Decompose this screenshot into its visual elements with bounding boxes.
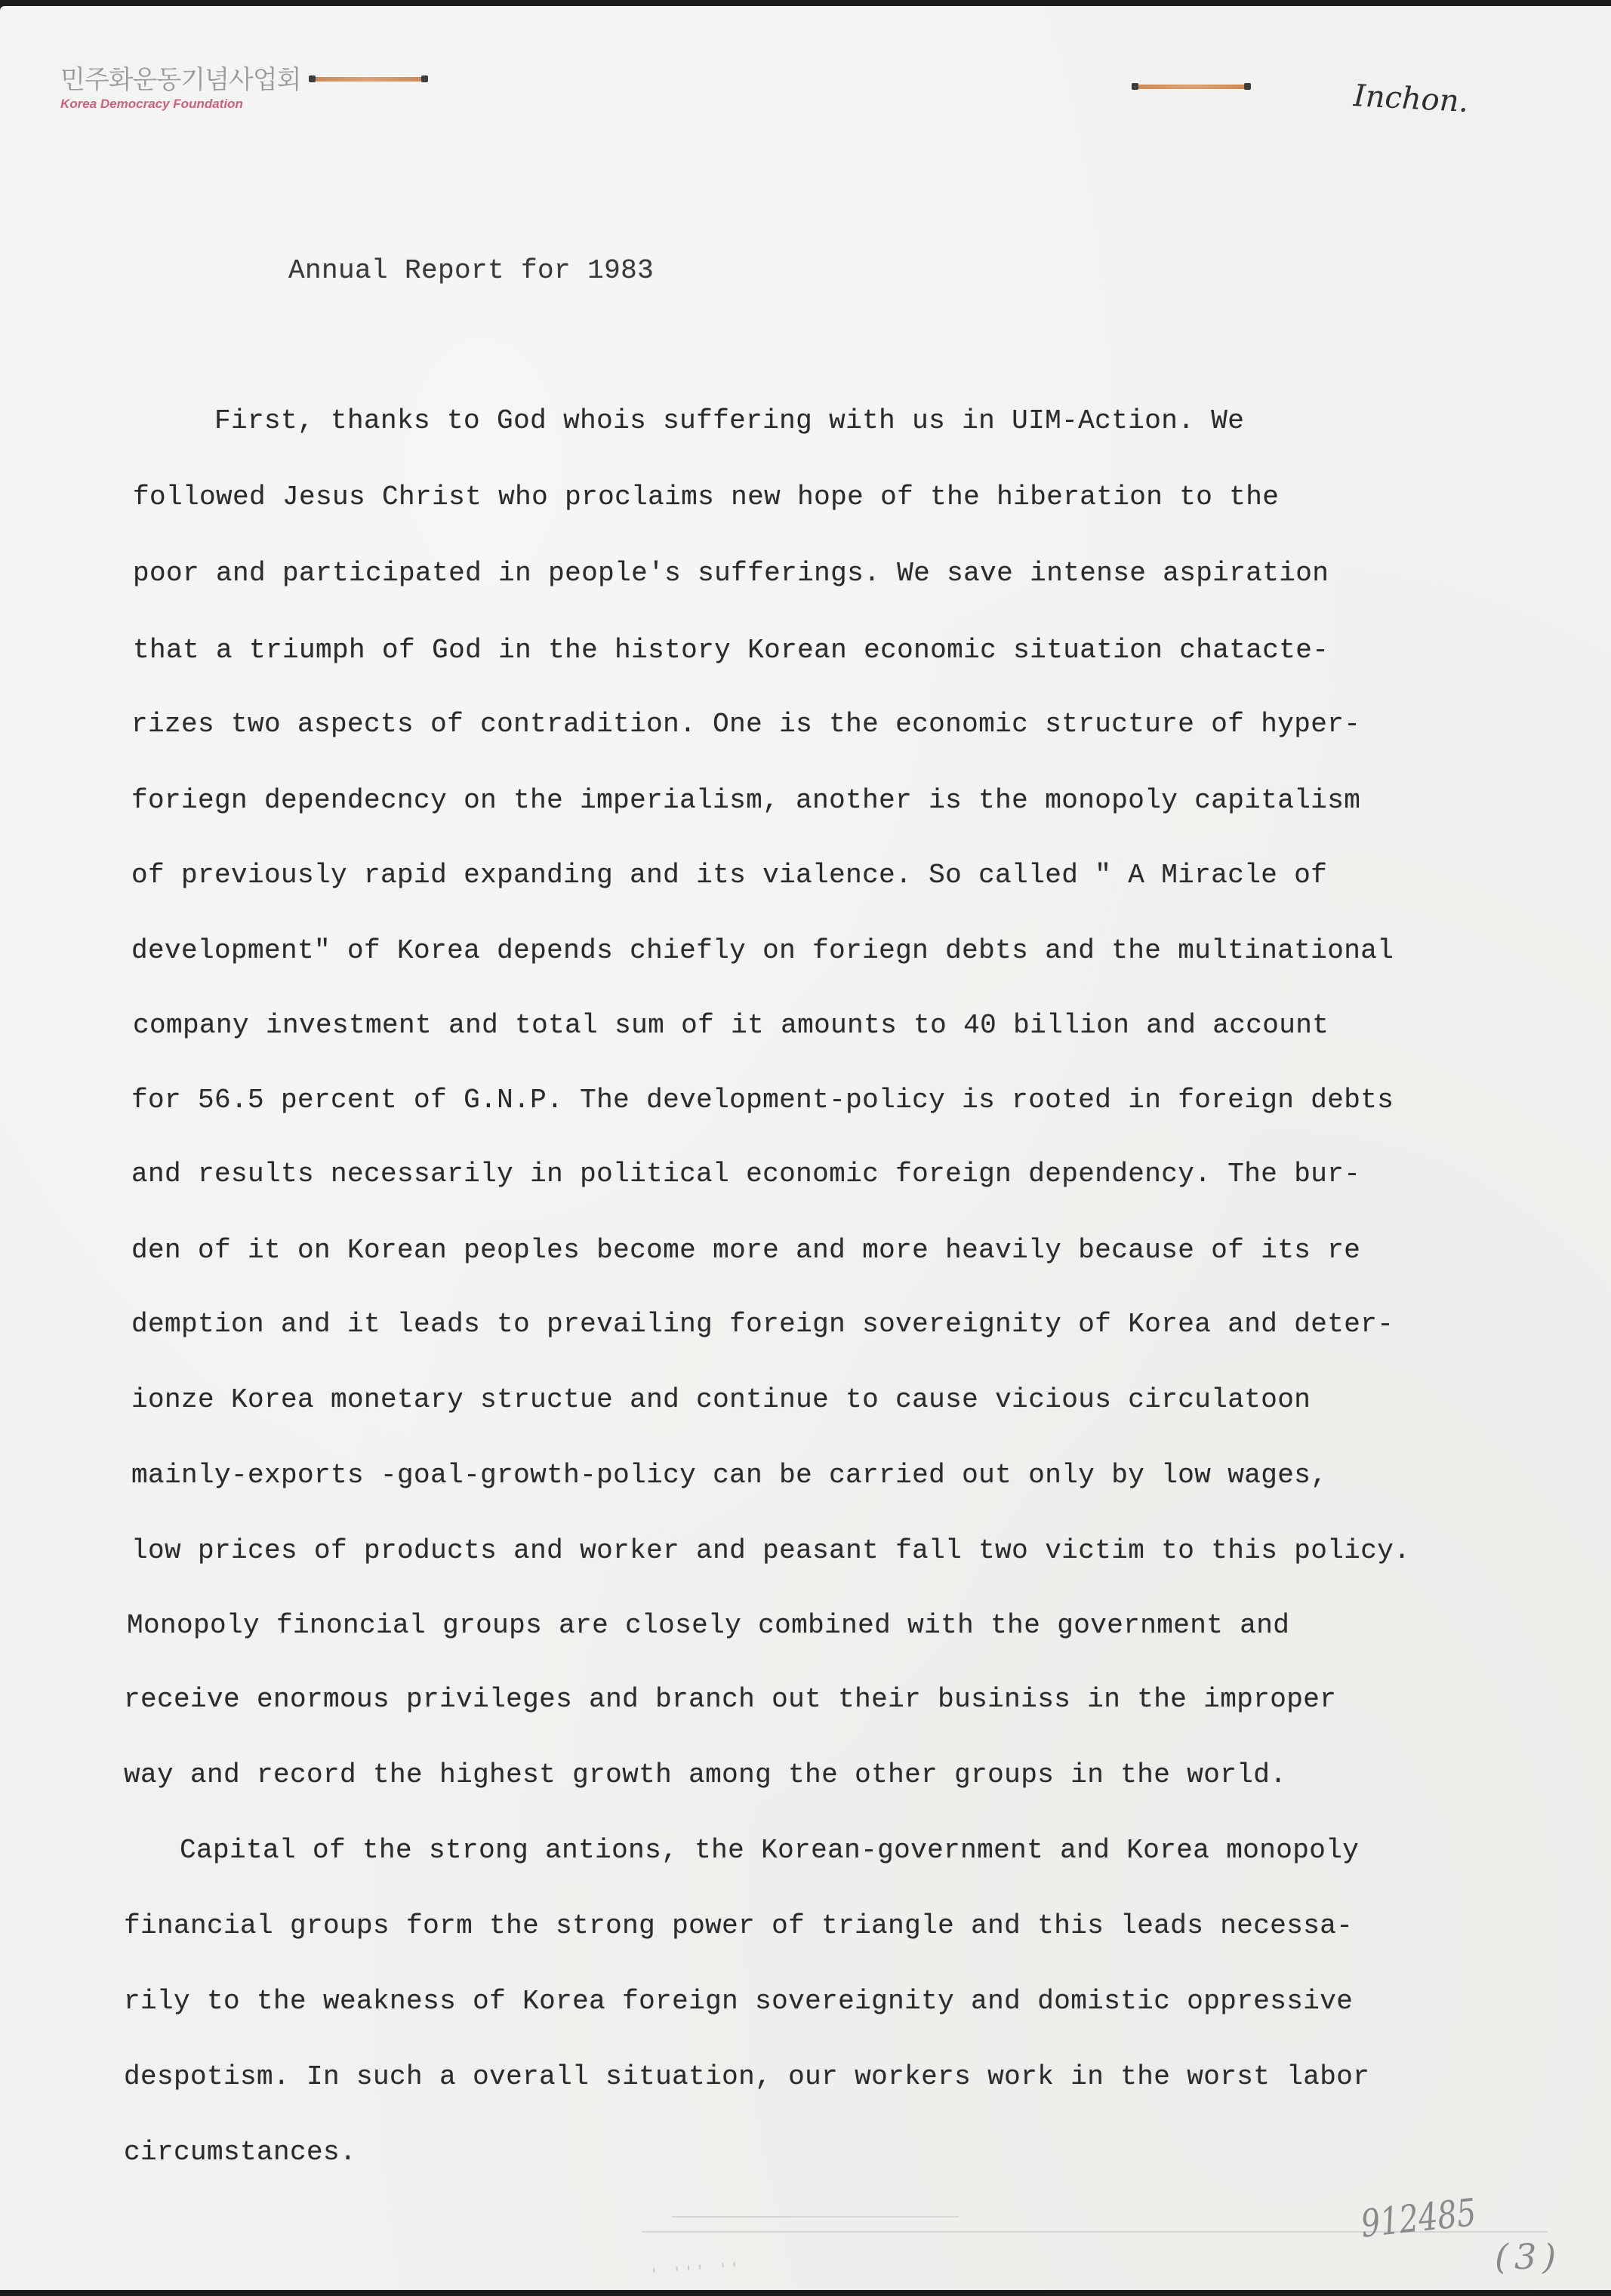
logo-english-text: Korea Democracy Foundation	[60, 97, 300, 112]
body-line-24: circumstances.	[124, 2136, 356, 2169]
body-line-8: development" of Korea depends chiefly on…	[131, 934, 1394, 968]
body-line-23: despotism. In such a overall situation, …	[124, 2061, 1369, 2094]
body-line-19: way and record the highest growth among …	[124, 1759, 1286, 1792]
body-line-6: foriegn dependecncy on the imperialism, …	[131, 784, 1360, 817]
body-line-10: for 56.5 percent of G.N.P. The developme…	[131, 1084, 1394, 1117]
archive-logo: 민주화운동기념사업회 Korea Democracy Foundation	[60, 65, 300, 112]
faint-stamp-marks: ' ''' ''	[648, 2260, 741, 2285]
staple-icon	[1135, 85, 1248, 89]
body-line-7: of previously rapid expanding and its vi…	[131, 859, 1327, 892]
body-line-21: financial groups form the strong power o…	[124, 1910, 1353, 1943]
body-line-9: company investment and total sum of it a…	[133, 1009, 1329, 1042]
body-line-20: Capital of the strong antions, the Korea…	[180, 1834, 1359, 1867]
body-line-5: rizes two aspects of contradition. One i…	[131, 708, 1360, 741]
body-line-14: ionze Korea monetary structue and contin…	[131, 1383, 1311, 1417]
body-line-4: that a triumph of God in the history Kor…	[133, 634, 1329, 667]
handwritten-city-annotation: Inchon.	[1353, 78, 1469, 119]
body-line-3: poor and participated in people's suffer…	[133, 557, 1329, 590]
body-line-16: low prices of products and worker and pe…	[131, 1534, 1410, 1568]
handwritten-page-number: (3)	[1495, 2236, 1562, 2277]
body-line-1: First, thanks to God whois suffering wit…	[214, 405, 1244, 438]
body-line-17: Monopoly finoncial groups are closely co…	[127, 1609, 1289, 1642]
body-line-11: and results necessarily in political eco…	[131, 1158, 1360, 1191]
document-title: Annual Report for 1983	[288, 255, 654, 286]
body-line-13: demption and it leads to prevailing fore…	[131, 1308, 1394, 1341]
staple-icon	[312, 77, 425, 82]
handwritten-archive-number: 912485	[1359, 2190, 1478, 2246]
paper-crease	[672, 2216, 959, 2218]
body-line-18: receive enormous privileges and branch o…	[124, 1683, 1336, 1716]
body-line-15: mainly-exports -goal-growth-policy can b…	[131, 1459, 1327, 1492]
logo-korean-text: 민주화운동기념사업회	[60, 65, 300, 95]
body-line-2: followed Jesus Christ who proclaims new …	[133, 481, 1279, 514]
scanned-document-page: 민주화운동기념사업회 Korea Democracy Foundation In…	[0, 6, 1611, 2290]
body-line-22: rily to the weakness of Korea foreign so…	[124, 1985, 1353, 2018]
body-line-12: den of it on Korean peoples become more …	[131, 1234, 1360, 1267]
